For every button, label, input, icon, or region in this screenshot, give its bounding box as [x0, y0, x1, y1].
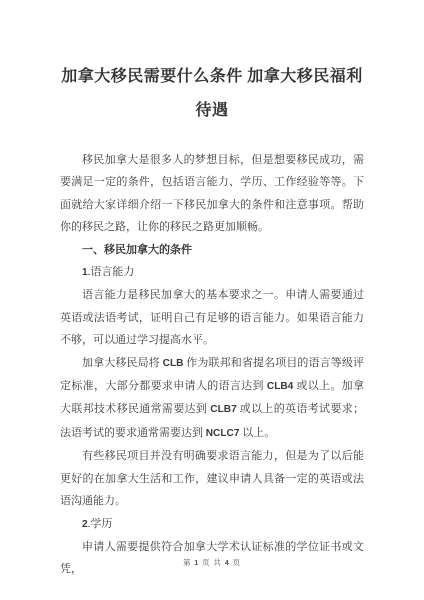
title-line-2: 待遇 [60, 94, 364, 128]
document-page: 加拿大移民需要什么条件 加拿大移民福利 待遇 移民加拿大是很多人的梦想目标，但是… [0, 0, 424, 600]
document-body: 移民加拿大是很多人的梦想目标，但是想要移民成功，需要满足一定的条件，包括语言能力… [60, 149, 364, 581]
document-title: 加拿大移民需要什么条件 加拿大移民福利 待遇 [60, 60, 364, 128]
paragraph-language-suggestion: 有些移民项目并没有明确要求语言能力，但是为了以后能更好的在加拿大生活和工作，建议… [60, 445, 364, 512]
heading-section-1-conditions: 一、移民加拿大的条件 [60, 239, 364, 261]
page-footer: 第 1 页 共 4 页 [0, 557, 424, 568]
document-content: 加拿大移民需要什么条件 加拿大移民福利 待遇 移民加拿大是很多人的梦想目标，但是… [60, 60, 364, 581]
paragraph-language-basic: 语言能力是移民加拿大的基本要求之一。申请人需要通过英语或法语考试，证明自己有足够… [60, 284, 364, 351]
page-number: 第 1 页 共 4 页 [183, 558, 241, 567]
paragraph-intro: 移民加拿大是很多人的梦想目标，但是想要移民成功，需要满足一定的条件，包括语言能力… [60, 149, 364, 239]
subheading-education: 2.学历 [60, 513, 364, 536]
subheading-language-ability: 1.语言能力 [60, 261, 364, 284]
paragraph-clb-standard: 加拿大移民局将 CLB 作为联邦和省提名项目的语言等级评定标准，大部分都要求申请… [60, 352, 364, 446]
title-line-1: 加拿大移民需要什么条件 加拿大移民福利 [60, 60, 364, 94]
